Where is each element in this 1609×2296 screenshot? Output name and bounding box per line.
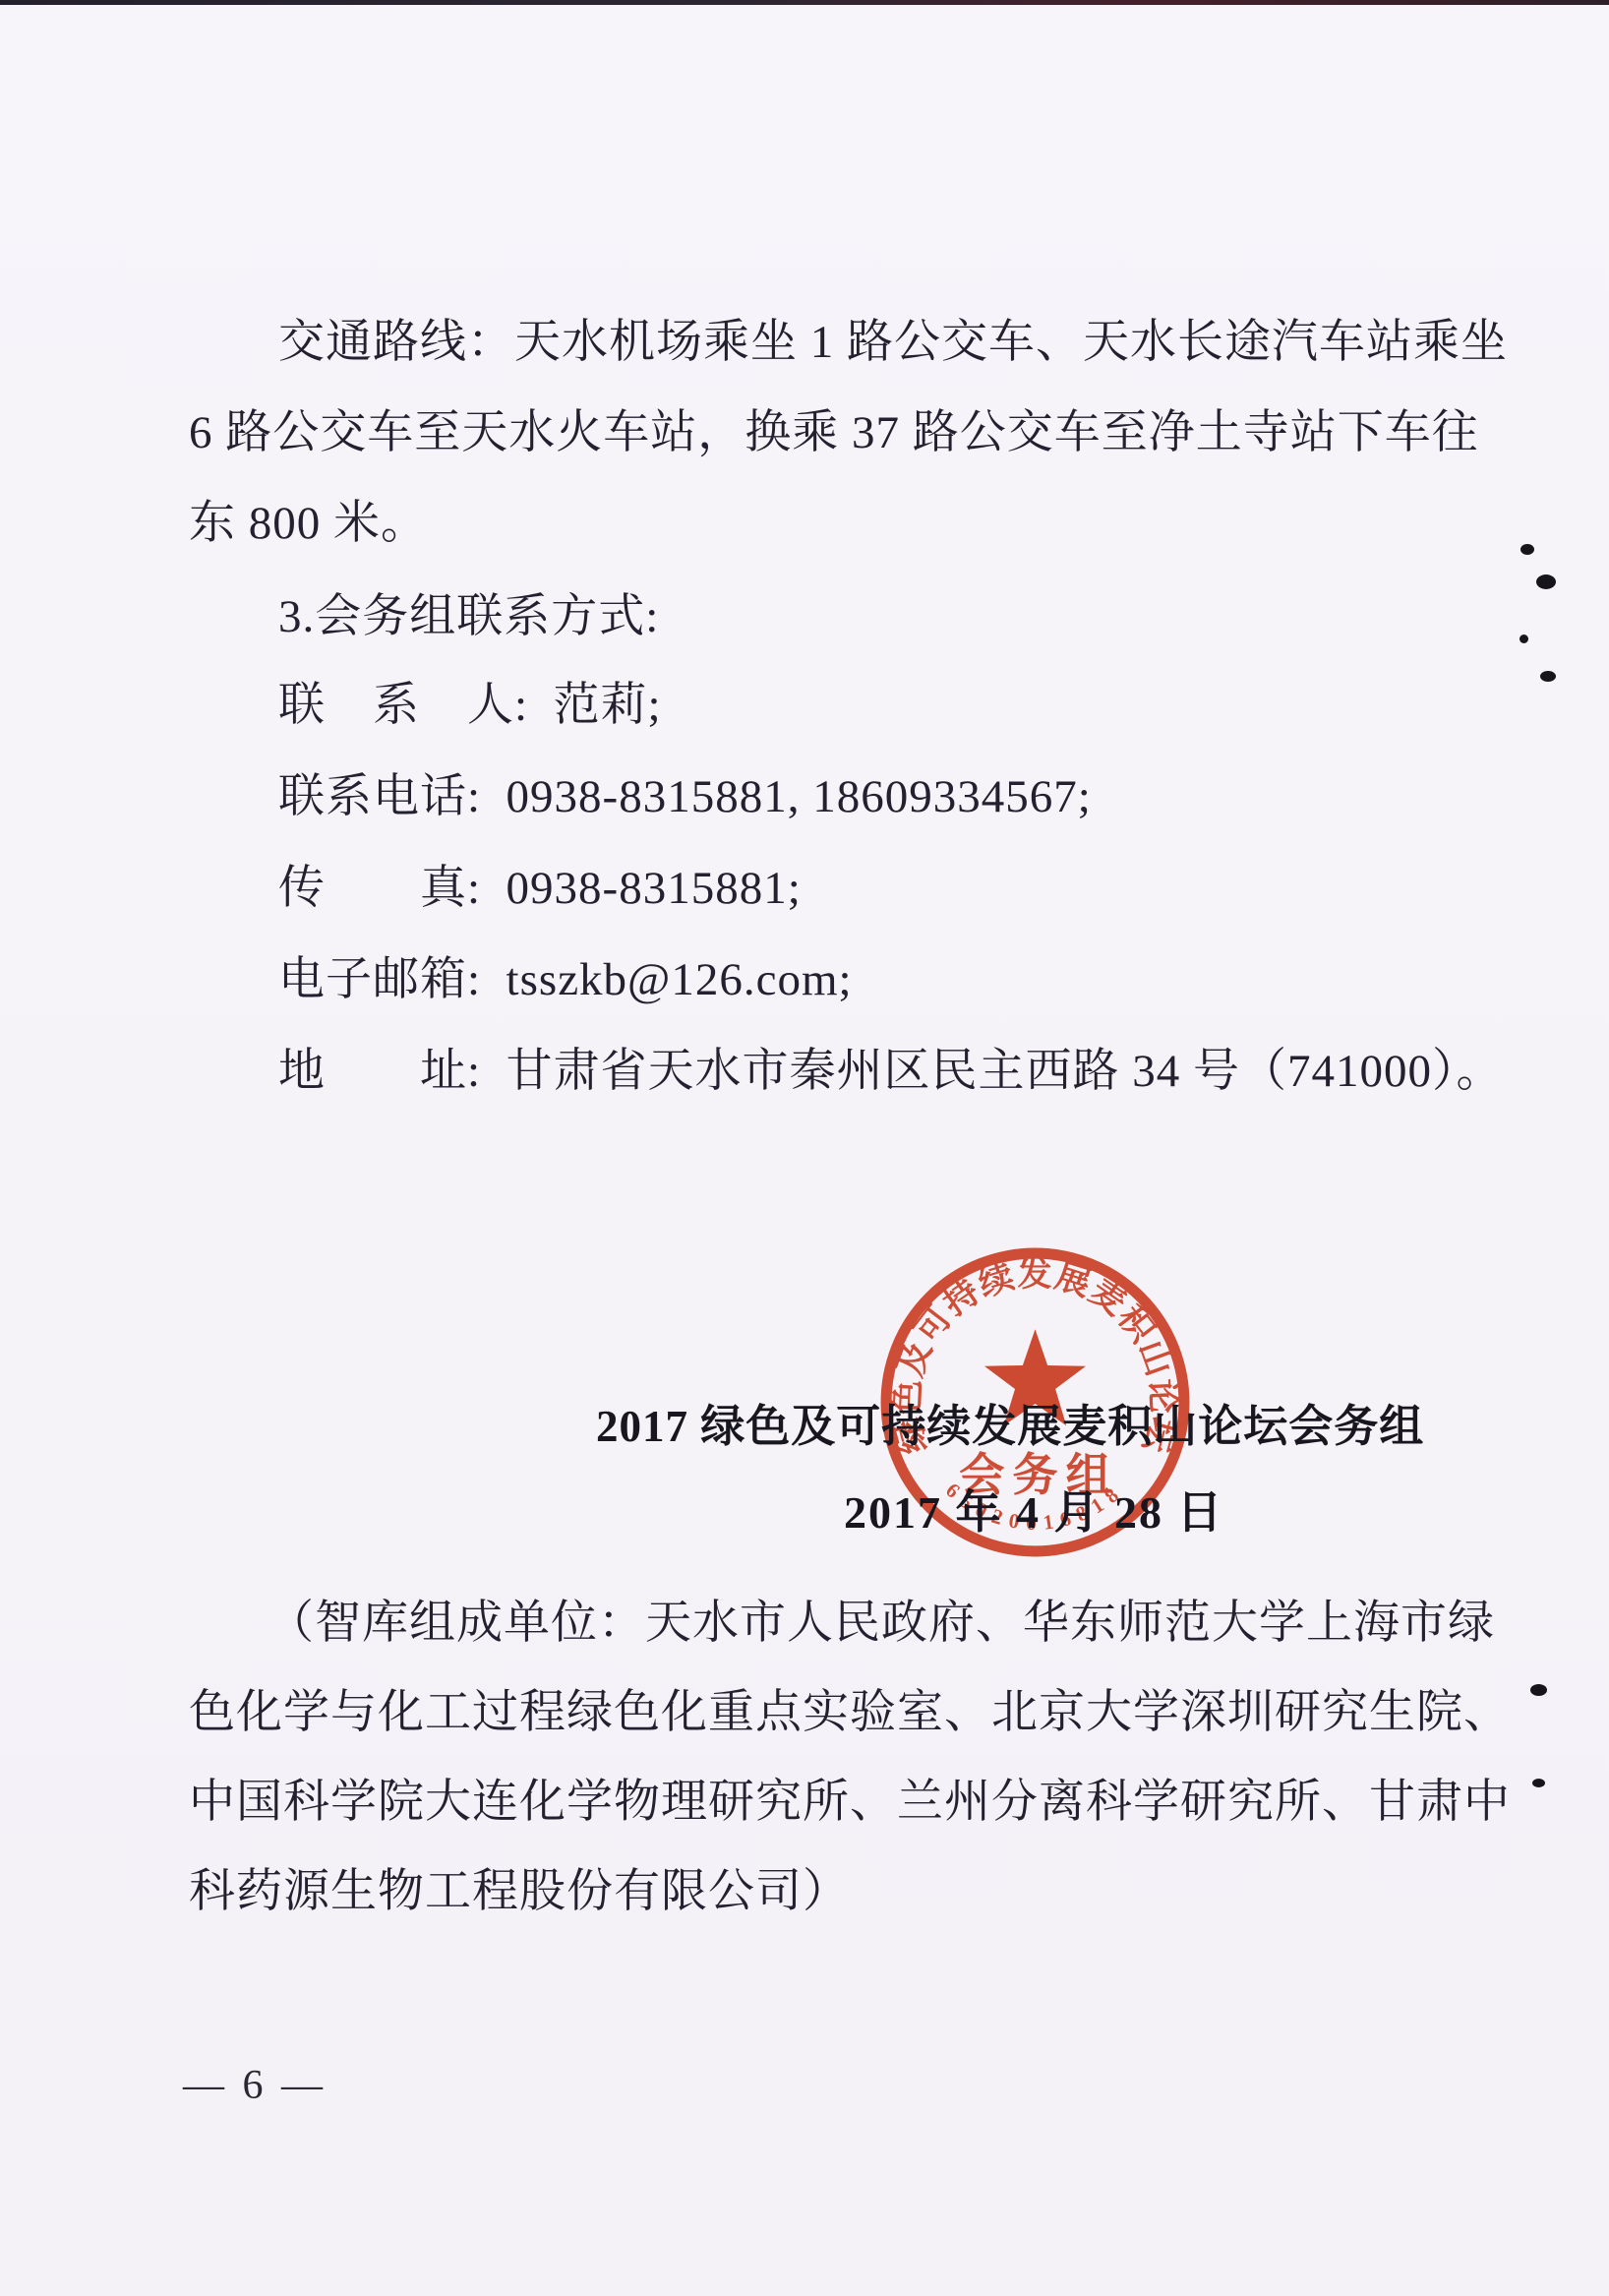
contact-section-heading: 3.会务组联系方式: <box>278 588 659 645</box>
ink-speck <box>1520 634 1528 643</box>
thinktank-line-4: 科药源生物工程股份有限公司） <box>189 1863 850 1920</box>
transport-line-1: 交通路线：天水机场乘坐 1 路公交车、天水长途汽车站乘坐 <box>278 314 1508 371</box>
contact-email-line: 电子邮箱: tsszkb@126.com; <box>278 951 853 1008</box>
ink-speck <box>1540 671 1556 682</box>
ink-speck <box>1530 1684 1547 1696</box>
contact-person-line: 联 系 人: 范莉; <box>278 677 662 734</box>
ink-speck <box>1532 1779 1545 1787</box>
contact-phone-line: 联系电话: 0938-8315881, 18609334567; <box>278 768 1092 825</box>
signature-date-line: 2017 年 4 月 28 日 <box>844 1485 1224 1541</box>
transport-line-2: 6 路公交车至天水火车站，换乘 37 路公交车至净土寺站下车往 <box>189 404 1479 461</box>
ink-speck <box>1520 544 1534 555</box>
scanner-edge-artifact <box>0 0 1609 5</box>
thinktank-line-1: （智库组成单位：天水市人民政府、华东师范大学上海市绿 <box>268 1595 1495 1652</box>
thinktank-line-2: 色化学与化工过程绿色化重点实验室、北京大学深圳研究生院、 <box>189 1684 1511 1741</box>
signature-organization-line: 2017 绿色及可持续发展麦积山论坛会务组 <box>596 1399 1424 1454</box>
ink-speck <box>1536 574 1556 589</box>
thinktank-line-3: 中国科学院大连化学物理研究所、兰州分离科学研究所、甘肃中 <box>189 1774 1511 1831</box>
contact-fax-line: 传 真: 0938-8315881; <box>278 860 802 917</box>
page-number: — 6 — <box>183 2062 327 2109</box>
contact-address-line: 地 址: 甘肃省天水市秦州区民主西路 34 号（741000）。 <box>278 1043 1504 1100</box>
transport-line-3: 东 800 米。 <box>189 495 428 552</box>
scanned-document-page: 交通路线：天水机场乘坐 1 路公交车、天水长途汽车站乘坐 6 路公交车至天水火车… <box>0 0 1609 2296</box>
